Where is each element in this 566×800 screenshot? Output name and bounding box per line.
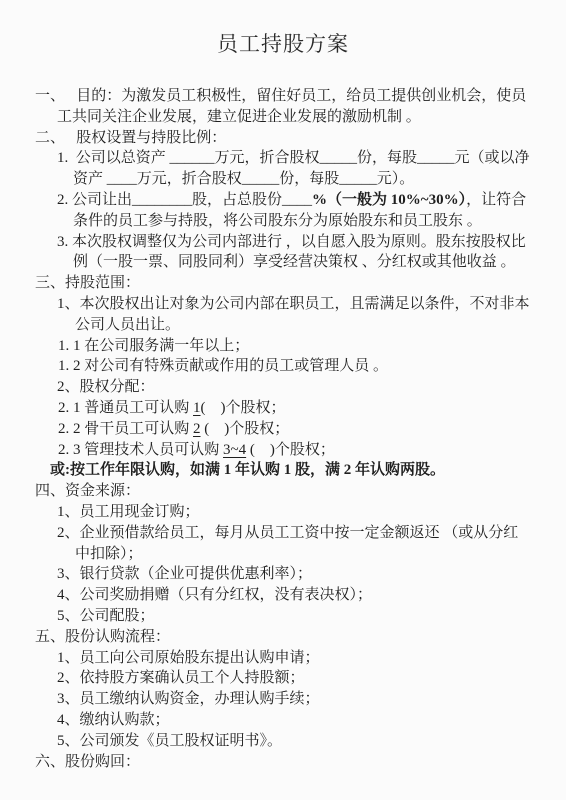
section-3-item-1-1: 1. 1 在公司服务满一年以上； [0,336,532,357]
section-5-item-3: 3、员工缴纳认购资金，办理认购手续； [0,689,532,710]
item-text: 2. 3 管理技术人员可认购 [58,442,223,458]
document-page: 员工持股方案 一、 目的：为激发员工积极性，留住好员工，给员工提供创业机会，使员… [0,0,566,800]
section-6-heading: 六、股份购回： [0,752,532,773]
section-4-item-5: 5、公司配股； [0,606,532,627]
section-5-item-1: 1、员工向公司原始股东提出认购申请； [0,648,532,669]
section-3-or-clause: 或:按工作年限认购，如满 1 年认购 1 股，满 2 年认购两股。 [0,460,532,481]
section-2-item-2: 2. 公司让出________股，占总股份____%（一般为 10%~30%），… [0,190,532,232]
item-text: 2. 公司让出________股，占总股份____ [57,192,312,208]
section-5-item-4: 4、缴纳认购款； [0,710,532,731]
section-4-item-4: 4、公司奖励捐赠（只有分红权，没有表决权）； [0,585,532,606]
section-2-heading: 二、 股权设置与持股比例： [0,128,532,149]
item-number-underlined: 3~4 [223,442,246,458]
section-3-item-2: 2、股权分配： [0,377,532,398]
section-5-item-2: 2、依持股方案确认员工个人持股额； [0,668,532,689]
section-4-heading: 四、资金来源： [0,481,532,502]
document-body: 一、 目的：为激发员工积极性，留住好员工，给员工提供创业机会，使员工共同关注企业… [0,58,566,772]
item-text: ( )个股权； [201,421,290,437]
section-2-item-3: 3. 本次股权调整仅为公司内部进行 ，以自愿入股为原则。股东按股权比例（一股一票… [0,232,532,274]
item-number-underlined: 2 [193,421,201,437]
section-1-purpose: 一、 目的：为激发员工积极性，留住好员工，给员工提供创业机会，使员工共同关注企业… [0,86,532,128]
document-title: 员工持股方案 [0,0,566,58]
section-2-item-1: 1. 公司以总资产 ______万元，折合股权_____份，每股_____元（或… [0,148,532,190]
item-text: 2. 1 普通员工可认购 [58,400,193,416]
section-5-heading: 五、股份认购流程： [0,627,532,648]
item-text: ( )个股权； [201,400,286,416]
item-text: 2. 2 骨干员工可认购 [58,421,193,437]
section-3-item-1-2: 1. 2 对公司有特殊贡献或作用的员工或管理人员 。 [0,356,532,377]
section-4-item-3: 3、银行贷款（企业可提供优惠利率）； [0,564,532,585]
section-3-item-2-3: 2. 3 管理技术人员可认购 3~4 ( )个股权； [0,440,532,461]
item-number-underlined: 1 [193,400,201,416]
section-4-item-2: 2、企业预借款给员工，每月从员工工资中按一定金额返还 （或从分红中扣除）； [0,523,532,565]
item-text: ( )个股权； [246,442,335,458]
section-3-item-2-1: 2. 1 普通员工可认购 1( )个股权； [0,398,532,419]
section-3-item-2-2: 2. 2 骨干员工可认购 2 ( )个股权； [0,419,532,440]
item-text-bold: %（一般为 10%~30%） [312,192,466,208]
section-3-item-1: 1、本次股权出让对象为公司内部在职员工，且需满足以条件，不对非本公司人员出让。 [0,294,532,336]
section-3-heading: 三、持股范围： [0,273,532,294]
section-4-item-1: 1、员工用现金订购； [0,502,532,523]
section-5-item-5: 5、公司颁发《员工股权证明书》。 [0,731,532,752]
